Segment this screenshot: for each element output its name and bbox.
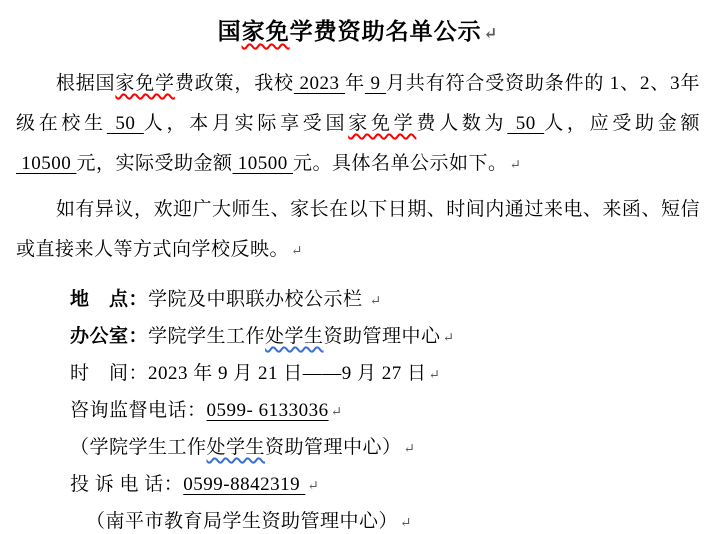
page-title: 国家免学费资助名单公示↵ [16,16,700,50]
complaint-label: 投 诉 电 话： [70,474,183,495]
time-value: 2023 年 9 月 21 日——9 月 27 日 [148,363,427,384]
list-item-time: 时 间：2023 年 9 月 21 日——9 月 27 日↵ [70,356,700,393]
title-text-pre: 国 [218,19,242,44]
paragraph-objection: 如有异议，欢迎广大师生、家长在以下日期、时间内通过来电、来函、短信或直接来人等方… [16,190,700,271]
body-text: 年 [345,73,365,94]
paragraph-mark-icon: ↵ [289,243,303,258]
body-text: 费人数为 [416,113,507,134]
office-value-pre: 学院学生工作 [148,326,265,347]
blank-student-count: 50 [107,113,144,134]
blank-actual-amount: 10500 [233,153,294,174]
body-text: 人，应受助金额 [544,113,700,134]
time-label: 时 间： [70,363,148,384]
body-text: 元，实际受助金额 [77,153,233,174]
paragraph-mark-icon: ↵ [508,157,522,172]
hotline-phone-number: 0599- 6133036 [207,400,329,421]
list-item-location: 地 点：学院及中职联办校公示栏 ↵ [70,282,700,319]
body-text: 根据国 [56,73,116,94]
body-text: 人，本月实际享受国 [144,113,348,134]
list-item-hotline: 咨询监督电话：0599- 6133036↵ [70,393,700,430]
grammar-wavy-underline: 处学生 [207,437,266,458]
paragraph-mark-icon: ↵ [329,404,343,419]
body-text: 费政策，我校 [175,73,294,94]
list-item-hotline-org: （学院学生工作处学生资助管理中心）↵ [70,430,700,467]
location-label: 地 点： [70,289,148,310]
list-item-complaint: 投 诉 电 话：0599-8842319 ↵ [70,467,700,504]
paragraph-mark-icon: ↵ [441,330,455,345]
spellcheck-wavy-underline: 家免学 [348,113,416,134]
blank-beneficiary-count: 50 [507,113,544,134]
title-text-post: 学费资助名单公示 [290,19,482,44]
word-document-canvas: { "colors":{ "text":"#000000", "spellche… [0,0,714,534]
paragraph-mark-icon: ↵ [482,24,499,43]
blank-year-value: 2023 [294,73,345,94]
spellcheck-wavy-underline: 家免学 [115,73,175,94]
location-value: 学院及中职联办校公示栏 [148,289,368,310]
paragraph-mark-icon: ↵ [402,441,416,456]
spellcheck-wavy-underline: 家免 [242,19,290,44]
grammar-wavy-underline: 处学生 [265,326,324,347]
complaint-org-text: （南平市教育局学生资助管理中心） [86,511,398,532]
list-item-office: 办公室：学院学生工作处学生资助管理中心↵ [70,319,700,356]
paragraph-summary: 根据国家免学费政策，我校 2023 年 9 月共有符合受资助条件的 1、2、3年… [16,64,700,185]
list-item-complaint-org: （南平市教育局学生资助管理中心）↵ [70,504,700,534]
paragraph-mark-icon: ↵ [398,515,412,530]
notice-document: 国家免学费资助名单公示↵ 根据国家免学费政策，我校 2023 年 9 月共有符合… [0,0,714,534]
office-label: 办公室： [70,326,148,347]
hotline-label: 咨询监督电话： [70,400,207,421]
paragraph-mark-icon: ↵ [305,478,319,493]
blank-due-amount: 10500 [16,153,77,174]
blank-month-value: 9 [365,73,386,94]
paragraph-mark-icon: ↵ [427,367,441,382]
complaint-phone-number: 0599-8842319 [183,474,305,495]
body-text: 元。具体名单公示如下。 [293,153,508,174]
contact-info-list: 地 点：学院及中职联办校公示栏 ↵ 办公室：学院学生工作处学生资助管理中心↵ 时… [16,282,700,534]
hotline-org-pre: （学院学生工作 [70,437,207,458]
hotline-org-post: 资助管理中心） [265,437,402,458]
paragraph-mark-icon: ↵ [368,293,382,308]
office-value-post: 资助管理中心 [324,326,441,347]
body-text: 如有异议，欢迎广大师生、家长在以下日期、时间内通过来电、来函、短信或直接来人等方… [16,199,700,260]
